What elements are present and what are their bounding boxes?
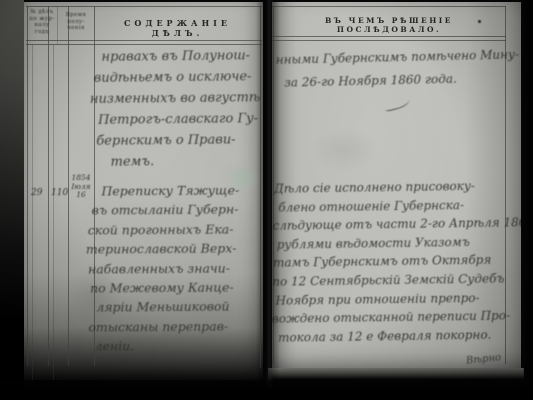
paragraph-end-flourish-icon [383,95,411,112]
handwritten-line: токола за 12 е Февраля покорно. [278,325,520,347]
handwritten-line: видѣньемъ о исключе- [94,66,261,89]
column-rule [32,44,33,380]
header-tiny-text: годъ [27,29,57,36]
clerk-signature: Вѣрно [466,352,502,367]
header-title-resolution: ВЪ ЧЕМЪ РѢШЕНІЕ ПОСЛѢДОВАЛО. [274,16,504,34]
header-bottom-rule [26,40,262,41]
handwritten-line: Переписку Тяжуще- [101,180,239,200]
header-tiny-text: ченія [58,25,94,32]
header-cell-case-number: № дѣлъ по жур- налу годъ [27,9,57,35]
handwritten-line: нравахъ въ Полунош- [101,45,260,68]
header-bottom-rule [272,36,506,37]
photo-bottom-dark-strip [0,380,533,400]
paper-stain [300,120,390,180]
handwritten-line: по 12 Сентябрьскій Земскій Судебъ [272,269,519,291]
table-top-rule [272,6,506,7]
handwritten-line: ской прогонныхъ Ека- [88,219,240,239]
column-rule [53,44,54,380]
photo-left-dark-margin [0,0,24,400]
column-rule [48,6,49,366]
case-number: 29 [31,188,42,198]
header-tiny-text: № дѣлъ [27,9,57,16]
handwritten-line: низменныхъ во августѣ [90,87,261,110]
entry-date-day: 16 [68,191,94,200]
ink-dot [478,20,481,23]
entry-date: 1854 Іюля 16 [68,174,94,200]
prev-resolution-text: нными Губернскимъ помѣчено Мину- за 26-г… [276,43,521,95]
handwritten-line: слѣдующе отъ части 2-го Апрѣля 1867 [272,213,518,235]
right-page: ВЪ ЧЕМЪ РѢШЕНІЕ ПОСЛѢДОВАЛО. нными Губер… [272,2,521,368]
resolution-text: Дѣло сіе исполнено присовоку- блено отно… [274,176,520,347]
paper-stain [60,250,130,340]
header-cell-date: Время полу- ченія [58,12,94,32]
handwritten-line: за 26-го Ноября 1860 года. [284,66,521,94]
photo-right-dark-margin [523,0,533,400]
table-top-rule [26,6,262,7]
handwritten-line: леніи. [94,336,240,356]
prev-entry-text: нравахъ въ Полунош- видѣньемъ о исключе-… [97,45,261,173]
book-page-edge [268,368,524,380]
handwritten-line: въ отсыланіи Губерн- [92,200,240,220]
column-rule [27,6,28,366]
gutter-shadow [256,0,280,392]
green-smudge [220,160,266,196]
book-photo: № дѣлъ по жур- налу годъ Время полу- чен… [0,0,533,400]
header-bottom-rule-2 [272,40,506,41]
handwritten-line: Петрогъ-славскаго Гу- [98,108,261,131]
handwritten-line: бернскимъ о Прави- [96,129,261,152]
header-title-contents: СОДЕРЖАНІЕ ДѢЛЪ. [95,18,260,38]
journal-number: 110 [51,188,68,198]
